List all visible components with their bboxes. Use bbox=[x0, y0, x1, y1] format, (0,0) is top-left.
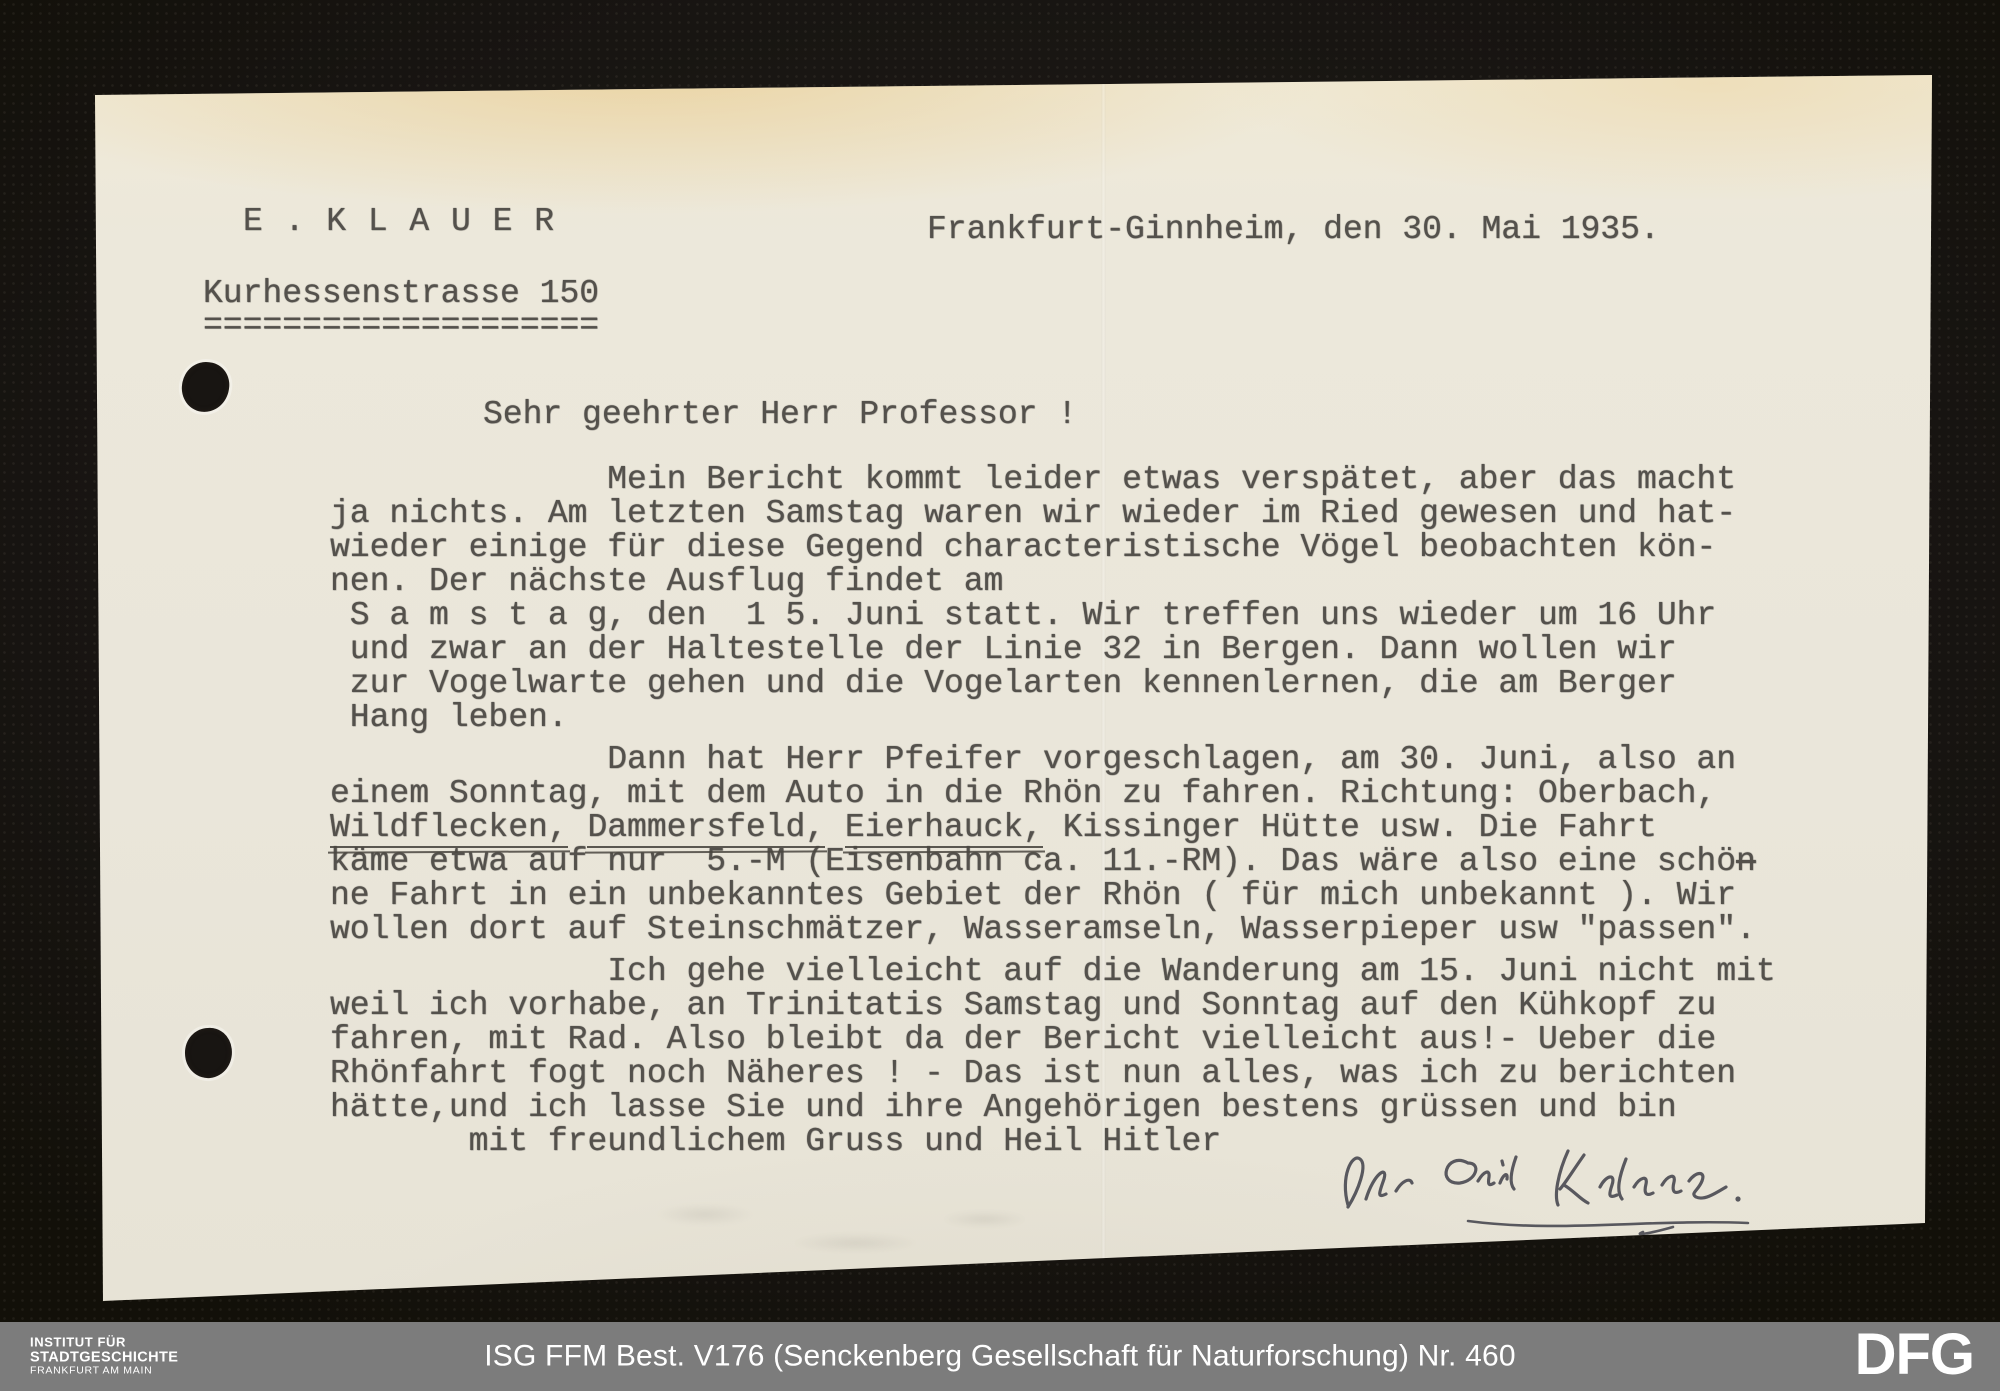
letter-line: hätte,und ich lasse Sie und ihre Angehör… bbox=[330, 1091, 1890, 1125]
struck-text: n bbox=[1736, 843, 1756, 880]
archive-footer-bar: INSTITUT FÜRSTADTGESCHICHTEFRANKFURT AM … bbox=[0, 1322, 2000, 1391]
letter-line: ja nichts. Am letzten Samstag waren wir … bbox=[330, 497, 1890, 531]
letter-line: einem Sonntag, mit dem Auto in die Rhön … bbox=[330, 777, 1890, 811]
sender-name: E . K L A U E R bbox=[243, 205, 555, 239]
letter-line: Mein Bericht kommt leider etwas verspäte… bbox=[330, 463, 1890, 497]
letter-line: Ich gehe vielleicht auf die Wanderung am… bbox=[330, 955, 1890, 989]
dfg-logo: DFG bbox=[1855, 1320, 1974, 1387]
text-run: käme etwa auf nur 5.-M (Eisenbahn ca. 11… bbox=[330, 843, 1736, 880]
text-run: zur Vogelwarte gehen und die Vogelarten … bbox=[330, 665, 1677, 702]
text-run: ne Fahrt in ein unbekanntes Gebiet der R… bbox=[330, 877, 1736, 914]
underlined-text: Eierhauck, bbox=[845, 809, 1043, 848]
letter-line: nen. Der nächste Ausflug findet am bbox=[330, 565, 1890, 599]
text-run: fahren, mit Rad. Also bleibt da der Beri… bbox=[330, 1021, 1716, 1058]
text-run: Kissinger Hütte usw. Die Fahrt bbox=[1043, 809, 1657, 846]
text-run: hätte,und ich lasse Sie und ihre Angehör… bbox=[330, 1089, 1677, 1126]
salutation: Sehr geehrter Herr Professor ! bbox=[483, 398, 1077, 432]
text-run: ja nichts. Am letzten Samstag waren wir … bbox=[330, 495, 1736, 532]
text-run: Rhönfahrt fogt noch Näheres ! - Das ist … bbox=[330, 1055, 1736, 1092]
text-run: Dann hat Herr Pfeifer vorgeschlagen, am … bbox=[330, 741, 1736, 778]
text-run: S a m s t a g, den 1 5. Juni statt. Wir … bbox=[330, 597, 1716, 634]
letter-page: E . K L A U E R Frankfurt-Ginnheim, den … bbox=[89, 71, 1934, 1303]
text-run: wieder einige für diese Gegend character… bbox=[330, 529, 1716, 566]
letter-line: wieder einige für diese Gegend character… bbox=[330, 531, 1890, 565]
letter-line: S a m s t a g, den 1 5. Juni statt. Wir … bbox=[330, 599, 1890, 633]
signature: Ihr Emil Klauer. bbox=[1318, 1133, 1798, 1235]
letter-line: Hang leben. bbox=[330, 701, 1890, 735]
text-run: Ich gehe vielleicht auf die Wanderung am… bbox=[330, 953, 1776, 990]
letter-line: wollen dort auf Steinschmätzer, Wasseram… bbox=[330, 913, 1890, 947]
text-run: nen. Der nächste Ausflug findet am bbox=[330, 563, 1003, 600]
text-run: und zwar an der Haltestelle der Linie 32… bbox=[330, 631, 1677, 668]
letter-line: zur Vogelwarte gehen und die Vogelarten … bbox=[330, 667, 1890, 701]
text-run: Hang leben. bbox=[330, 699, 568, 736]
letter-line: ne Fahrt in ein unbekanntes Gebiet der R… bbox=[330, 879, 1890, 913]
letter-line: und zwar an der Haltestelle der Linie 32… bbox=[330, 633, 1890, 667]
letter-line: Wildflecken, Dammersfeld, Eierhauck, Kis… bbox=[330, 811, 1890, 845]
archive-reference: ISG FFM Best. V176 (Senckenberg Gesellsc… bbox=[0, 1339, 2000, 1373]
letter-line: weil ich vorhabe, an Trinitatis Samstag … bbox=[330, 989, 1890, 1023]
text-run bbox=[568, 809, 588, 846]
scan-background: E . K L A U E R Frankfurt-Ginnheim, den … bbox=[0, 0, 2000, 1391]
dateline: Frankfurt-Ginnheim, den 30. Mai 1935. bbox=[927, 213, 1660, 247]
letter-line: Rhönfahrt fogt noch Näheres ! - Das ist … bbox=[330, 1057, 1890, 1091]
punch-hole-bottom bbox=[183, 1026, 235, 1081]
sender-street: Kurhessenstrasse 150 bbox=[203, 277, 599, 311]
underlined-text: Dammersfeld, bbox=[587, 809, 825, 848]
letter-line: fahren, mit Rad. Also bleibt da der Beri… bbox=[330, 1023, 1890, 1057]
text-run: einem Sonntag, mit dem Auto in die Rhön … bbox=[330, 775, 1716, 812]
street-underline: ==================== bbox=[203, 309, 599, 343]
text-run: wollen dort auf Steinschmätzer, Wasseram… bbox=[330, 911, 1756, 948]
ink-smudge bbox=[619, 1186, 1049, 1281]
signature-ink bbox=[1318, 1133, 1798, 1235]
text-run: Mein Bericht kommt leider etwas verspäte… bbox=[330, 461, 1736, 498]
text-run: weil ich vorhabe, an Trinitatis Samstag … bbox=[330, 987, 1716, 1024]
letter-body: Mein Bericht kommt leider etwas verspäte… bbox=[330, 463, 1890, 1159]
text-run bbox=[825, 809, 845, 846]
letter-line: Dann hat Herr Pfeifer vorgeschlagen, am … bbox=[330, 743, 1890, 777]
text-run: mit freundlichem Gruss und Heil Hitler bbox=[330, 1123, 1221, 1160]
punch-hole-top bbox=[179, 359, 233, 415]
underlined-text: Wildflecken, bbox=[330, 809, 568, 848]
